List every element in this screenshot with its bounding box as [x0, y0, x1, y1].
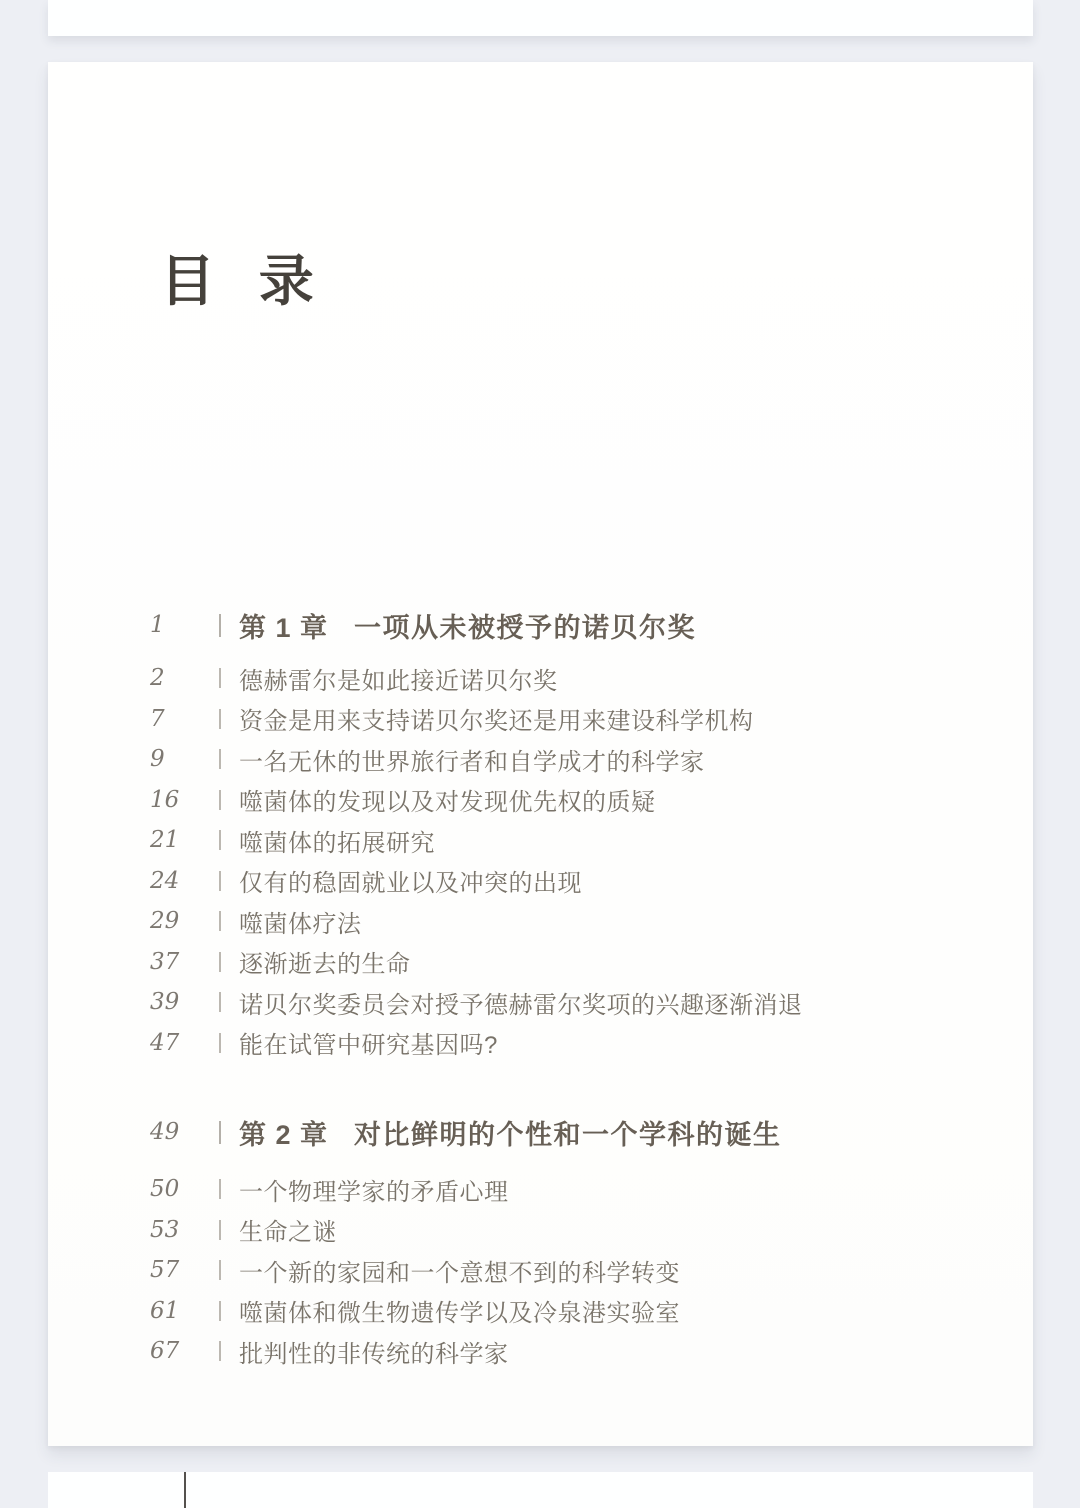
- divider-bar: [219, 1179, 221, 1199]
- divider-bar: [219, 1220, 221, 1240]
- divider-bar: [219, 1301, 221, 1321]
- toc-entry: 9 一名无休的世界旅行者和自学成才的科学家: [150, 739, 1010, 780]
- table-of-contents: 1 第 1 章 一项从未被授予的诺贝尔奖 2 德赫雷尔是如此接近诺贝尔奖 7 资…: [150, 604, 1010, 1372]
- toc-entry: 50 一个物理学家的矛盾心理: [150, 1169, 1010, 1210]
- toc-entry: 24 仅有的稳固就业以及冲突的出现: [150, 861, 1010, 902]
- divider-bar: [219, 871, 221, 891]
- chapter-label: 第 2 章: [239, 1113, 328, 1152]
- toc-chapter-heading: 1 第 1 章 一项从未被授予的诺贝尔奖: [150, 604, 1010, 646]
- entry-page-number: 67: [150, 1338, 219, 1364]
- entry-title: 资金是用来支持诺贝尔奖还是用来建设科学机构: [239, 701, 754, 736]
- toc-entry: 37 逐渐逝去的生命: [150, 942, 1010, 983]
- divider-bar: [219, 1341, 221, 1361]
- toc-entry: 7 资金是用来支持诺贝尔奖还是用来建设科学机构: [150, 699, 1010, 740]
- page-title: 目 录: [160, 252, 329, 313]
- toc-entry: 29 噬菌体疗法: [150, 901, 1010, 942]
- reader-canvas: 目 录 1 第 1 章 一项从未被授予的诺贝尔奖 2 德赫雷尔是如此接近诺贝尔奖…: [0, 0, 1080, 1508]
- entry-title: 噬菌体的拓展研究: [239, 823, 435, 858]
- toc-entry: 39 诺贝尔奖委员会对授予德赫雷尔奖项的兴趣逐渐消退: [150, 982, 1010, 1023]
- entry-page-number: 37: [150, 949, 219, 975]
- entry-title: 诺贝尔奖委员会对授予德赫雷尔奖项的兴趣逐渐消退: [239, 985, 803, 1020]
- entry-title: 批判性的非传统的科学家: [239, 1334, 509, 1369]
- entry-title: 一名无休的世界旅行者和自学成才的科学家: [239, 742, 705, 777]
- entry-page-number: 16: [150, 787, 219, 813]
- entry-page-number: 24: [150, 868, 219, 894]
- divider-bar: [219, 790, 221, 810]
- chapter-page-number: 1: [150, 612, 219, 638]
- entry-page-number: 50: [150, 1176, 219, 1202]
- divider-bar: [219, 952, 221, 972]
- entry-title: 仅有的稳固就业以及冲突的出现: [239, 863, 582, 898]
- entry-page-number: 61: [150, 1298, 219, 1324]
- previous-page-edge: [48, 0, 1033, 36]
- toc-entry: 53 生命之谜: [150, 1210, 1010, 1251]
- entry-title: 生命之谜: [239, 1212, 337, 1247]
- chapter-label: 第 1 章: [239, 606, 328, 645]
- entry-page-number: 53: [150, 1217, 219, 1243]
- toc-entry: 67 批判性的非传统的科学家: [150, 1331, 1010, 1372]
- divider-bar: [219, 1121, 221, 1144]
- entry-title: 一个物理学家的矛盾心理: [239, 1172, 509, 1207]
- entry-title: 能在试管中研究基因吗?: [239, 1025, 498, 1060]
- entry-page-number: 21: [150, 827, 219, 853]
- entry-page-number: 47: [150, 1030, 219, 1056]
- divider-bar: [219, 992, 221, 1012]
- divider-bar: [219, 668, 221, 688]
- divider-bar: [219, 709, 221, 729]
- toc-entry: 2 德赫雷尔是如此接近诺贝尔奖: [150, 658, 1010, 699]
- chapter-page-number: 49: [150, 1119, 219, 1145]
- chapter-title: 对比鲜明的个性和一个学科的诞生: [354, 1113, 782, 1152]
- toc-chapter-heading: 49 第 2 章 对比鲜明的个性和一个学科的诞生: [150, 1111, 1010, 1153]
- divider-bar: [219, 911, 221, 931]
- entry-title: 噬菌体疗法: [239, 904, 362, 939]
- toc-entry: 61 噬菌体和微生物遗传学以及冷泉港实验室: [150, 1291, 1010, 1332]
- entry-page-number: 39: [150, 989, 219, 1015]
- divider-bar: [219, 749, 221, 769]
- entry-title: 噬菌体的发现以及对发现优先权的质疑: [239, 782, 656, 817]
- entry-title: 一个新的家园和一个意想不到的科学转变: [239, 1253, 680, 1288]
- entry-page-number: 2: [150, 665, 219, 691]
- toc-entry: 16 噬菌体的发现以及对发现优先权的质疑: [150, 780, 1010, 821]
- entry-page-number: 57: [150, 1257, 219, 1283]
- divider-bar: [219, 614, 221, 637]
- entry-page-number: 7: [150, 706, 219, 732]
- divider-bar: [219, 1260, 221, 1280]
- chapter-title: 一项从未被授予的诺贝尔奖: [354, 606, 696, 645]
- entry-title: 德赫雷尔是如此接近诺贝尔奖: [239, 661, 558, 696]
- entry-page-number: 9: [150, 746, 219, 772]
- toc-entry: 21 噬菌体的拓展研究: [150, 820, 1010, 861]
- toc-entry: 57 一个新的家园和一个意想不到的科学转变: [150, 1250, 1010, 1291]
- divider-bar: [219, 830, 221, 850]
- toc-entry: 47 能在试管中研究基因吗?: [150, 1023, 1010, 1064]
- entry-title: 逐渐逝去的生命: [239, 944, 411, 979]
- next-page-rule-line: [184, 1472, 186, 1508]
- entry-title: 噬菌体和微生物遗传学以及冷泉港实验室: [239, 1293, 680, 1328]
- toc-page: 目 录 1 第 1 章 一项从未被授予的诺贝尔奖 2 德赫雷尔是如此接近诺贝尔奖…: [48, 62, 1033, 1446]
- divider-bar: [219, 1033, 221, 1053]
- entry-page-number: 29: [150, 908, 219, 934]
- next-page-edge: [48, 1472, 1033, 1508]
